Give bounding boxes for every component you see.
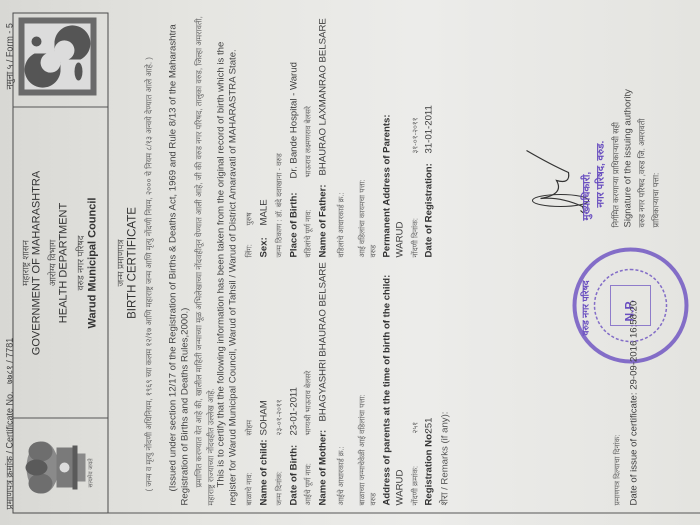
- dob-deva-label: जन्म दिनांक:: [274, 471, 284, 505]
- signature-label-deva: निर्गमित करणाऱ्या प्राधिकाऱ्याची सही: [610, 122, 621, 227]
- emblem-caption: सत्यमेव जयते: [86, 458, 94, 487]
- pob-deva: डॉ. बंदे दवाखाना - वरुड: [274, 153, 283, 217]
- sex-deva: पुरुष: [244, 212, 254, 225]
- certificate-no-value: 7781: [4, 337, 14, 357]
- addr-birth-deva-label: बाळाच्या जन्माचेवेळी आई वडिलांचा पत्ता:: [357, 394, 367, 505]
- seal-ring-text: वरुड नगर परिषद: [578, 280, 591, 335]
- reg-date-label: Date of Registration:: [423, 163, 434, 257]
- municipal-logo-icon: [18, 17, 96, 95]
- mother-label: Name of Mother:: [317, 429, 328, 505]
- issue-date-row: Date of issue of certificate: 29-09-2016…: [628, 300, 639, 505]
- reg-no-deva: २५१: [410, 421, 420, 433]
- authority-address: वरुड नगर परिषद ,वरुड जि. अमरावती: [636, 118, 647, 227]
- reg-no: 251: [423, 417, 434, 433]
- addr-perm-deva-label: आई वडिलांचा कायमचा पत्ता:: [357, 179, 367, 257]
- certify-deva: प्रमाणित करण्यात येत आहे की, खालील माहित…: [193, 15, 216, 505]
- certificate-number: प्रमाणपत्र क्रमांक / Certificate No. ७७८…: [2, 337, 15, 509]
- mother-name: BHAGYASHRI BHAURAO BELSARE: [317, 262, 328, 421]
- sex-label: Sex:: [258, 237, 269, 257]
- council-name: Warud Municipal Council: [86, 107, 98, 418]
- remarks-label: शेरा / Remarks (if any):: [437, 411, 450, 505]
- child-name: SOHAM: [258, 400, 269, 435]
- pob-deva-label: जन्म ठिकाण : डॉ. बंदे दवाखाना - वरुड: [274, 153, 284, 257]
- reg-no-deva-label: नोंदणी क्रमांक:: [410, 465, 420, 505]
- child-name-label: Name of child:: [258, 439, 269, 505]
- signature-label: Signature of the issuing authority: [622, 89, 633, 227]
- reg-date-deva-label: नोंदणी दिनांक:: [410, 218, 420, 257]
- dob-deva: २३-०१-२०११: [274, 399, 284, 435]
- mother-deva: भाग्यश्री भाऊराव बेलसरे: [303, 370, 313, 435]
- certificate-no-label: प्रमाणपत्र क्रमांक / Certificate No.: [4, 391, 14, 509]
- state-name-deva: महाराष्ट्र शासन: [18, 107, 31, 418]
- certify-text: This is to certify that the following in…: [215, 15, 238, 505]
- signatory-designation: मुख्याधिकारी,: [578, 171, 592, 220]
- father-deva-label: वडिलांचे पूर्ण नाव:: [303, 209, 313, 257]
- reg-no-label: Registration No:: [423, 430, 434, 505]
- header-divider: [107, 12, 108, 513]
- addr-birth-deva: वरुड: [368, 492, 378, 505]
- reg-date: 31-01-2011: [423, 105, 434, 153]
- title-deva: जन्म प्रमाणपत्र: [113, 12, 126, 513]
- child-name-deva: सोहम: [244, 420, 254, 435]
- child-name-deva-label: बाळाचे नाव:: [244, 472, 254, 505]
- father-deva: भाऊराव लक्ष्मणराव बेलसरे: [303, 106, 313, 177]
- form-label: नमुना ५ / Form - 5: [2, 23, 15, 89]
- issued-under-text: (Issued under section 12/17 of the Regis…: [167, 15, 190, 505]
- mother-deva-label: आईचे पूर्ण नाव:: [303, 463, 313, 505]
- father-label: Name of Father:: [317, 184, 328, 257]
- sex: MALE: [258, 199, 269, 225]
- addr-birth-label: Address of parents at the time of birth …: [381, 274, 392, 505]
- father-aadhaar-label: वडिलांचे आधारकार्ड क्र.:: [336, 192, 346, 257]
- father-name: BHAURAO LAXMANRAO BELSARE: [317, 18, 328, 175]
- frame-border-right: [12, 12, 108, 13]
- place-of-birth: Dr. Bande Hospital - Warud: [288, 62, 299, 178]
- body-border-left: [107, 512, 700, 513]
- department-name: HEALTH DEPARTMENT: [57, 107, 69, 418]
- department-deva: आरोग्य विभाग: [45, 107, 58, 418]
- certificate-title: BIRTH CERTIFICATE: [126, 12, 138, 513]
- issued-under-deva: ( जन्म व मृत्यु नोंदणी अधिनियम, १९६९ च्य…: [143, 15, 155, 505]
- issue-date: 29-09-2016 16:58:20: [628, 300, 639, 389]
- issue-date-deva-label: प्रमाणपत्र दिल्याचा दिनांक:: [612, 434, 622, 505]
- dob: 23-01-2011: [288, 387, 299, 435]
- addr-perm: WARUD: [394, 221, 405, 257]
- addr-birth: WARUD: [394, 469, 405, 505]
- sex-deva-label: लिंग:: [244, 244, 254, 257]
- addr-perm-label: Permanent Address of Parents:: [381, 114, 392, 257]
- reg-date-deva: ३१-०१-२०११: [410, 117, 420, 153]
- photo-of-document: प्रमाणपत्र क्रमांक / Certificate No. ७७८…: [0, 0, 700, 525]
- dob-label: Date of Birth:: [288, 444, 299, 505]
- authority-address-label: प्राधिकाऱ्याचा पत्ता:: [650, 172, 661, 227]
- state-name: GOVERNMENT OF MAHARASHTRA: [30, 107, 42, 418]
- pob-deva-label-text: जन्म ठिकाण :: [274, 219, 283, 257]
- issue-date-label: Date of issue of certificate:: [628, 392, 639, 505]
- certificate-no-deva: ७७८१: [4, 365, 14, 384]
- council-deva: वरुड नगर परिषद: [73, 107, 86, 418]
- addr-perm-deva: वरुड: [368, 244, 378, 257]
- national-emblem-icon: सत्यमेव जयते: [20, 431, 100, 503]
- signatory-office: नगर परिषद, वरुड.: [592, 140, 606, 207]
- frame-border-left: [12, 512, 108, 513]
- pob-label: Place of Birth:: [288, 192, 299, 257]
- mother-aadhaar-label: आईचे आधारकार्ड क्र.:: [336, 446, 346, 505]
- birth-certificate: प्रमाणपत्र क्रमांक / Certificate No. ७७८…: [0, 0, 700, 525]
